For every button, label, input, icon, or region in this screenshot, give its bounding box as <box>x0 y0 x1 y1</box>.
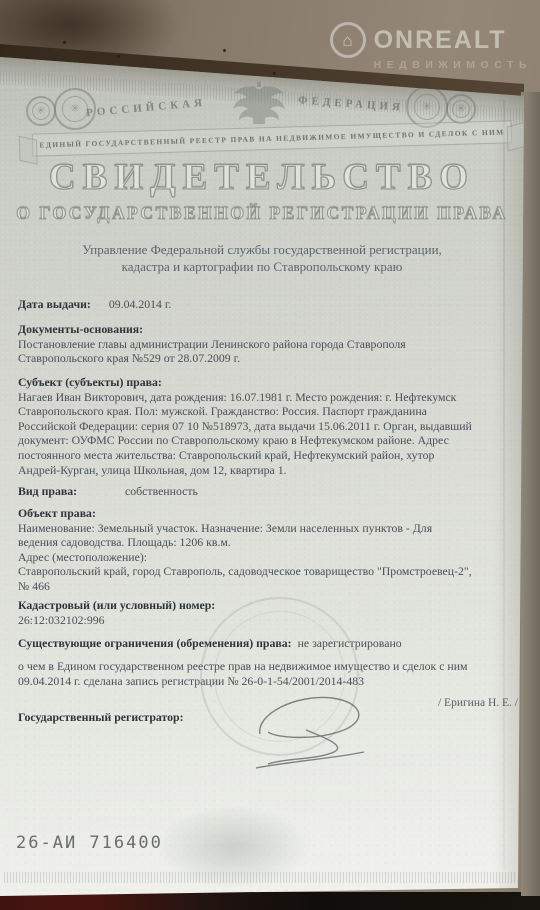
subject-block: Субъект (субъекты) права: Нагаев Иван Ви… <box>18 375 472 477</box>
authority-line: кадастра и картографии по Ставропольском… <box>0 258 524 275</box>
photo-of-certificate: ✳ ✳ ✳ ✳ РОССИЙСКАЯ ФЕДЕРАЦИЯ ЕДИНЫЙ ГОСУ… <box>0 0 540 910</box>
right-type-row: Вид права:собственность <box>18 484 198 499</box>
issue-date-value: 09.04.2014 г. <box>109 297 172 311</box>
basis-text-line: Ставропольского края №529 от 28.07.2009 … <box>18 351 406 366</box>
paper-watermark <box>158 806 308 888</box>
rosette-icon: ✳ <box>26 96 56 126</box>
basis-text-line: Постановление главы администрации Ленинс… <box>18 337 406 352</box>
speck <box>63 41 66 44</box>
onrealt-tagline: НЕДВИЖИМОСТЬ <box>374 59 532 71</box>
registry-ribbon-text: ЕДИНЫЙ ГОСУДАРСТВЕННЫЙ РЕЕСТР ПРАВ НА НЕ… <box>39 128 504 150</box>
registrar-name: / Еригина Н. Е. / <box>438 697 518 709</box>
page-stack-edge <box>521 92 540 896</box>
subject-text-line: документ: ОУФМС России по Ставропольском… <box>18 433 472 448</box>
certificate-title: СВИДЕТЕЛЬСТВО <box>0 156 524 199</box>
cadastral-block: Кадастровый (или условный) номер: 26:12:… <box>18 598 215 627</box>
speck <box>223 49 226 52</box>
house-icon: ⌂ <box>330 22 366 58</box>
cadastral-value: 26:12:032102:996 <box>18 613 215 628</box>
speck <box>117 55 120 58</box>
issue-date-label: Дата выдачи: <box>18 297 91 311</box>
right-type-label: Вид права: <box>18 484 77 498</box>
subject-text-line: постоянного места жительства: Ставрополь… <box>18 448 472 463</box>
subject-text-line: Нагаев Иван Викторович, дата рождения: 1… <box>18 390 472 405</box>
subject-text-line: Ставропольского края. Пол: мужской. Граж… <box>18 404 472 419</box>
registrar-signature <box>246 686 376 778</box>
rosette-icon: ✳ <box>446 94 476 124</box>
object-text-line: ведения садоводства. Площадь: 1206 кв.м. <box>18 535 472 550</box>
basis-block: Документы-основания: Постановление главы… <box>18 322 406 366</box>
certificate-subtitle: О ГОСУДАРСТВЕННОЙ РЕГИСТРАЦИИ ПРАВА <box>0 203 524 224</box>
subject-text-line: Андрей-Курган, улица Школьная, дом 12, к… <box>18 463 472 478</box>
object-label: Объект права: <box>18 506 472 521</box>
object-text-line: Ставропольский край, город Ставрополь, с… <box>18 564 472 579</box>
object-text-line: Наименование: Земельный участок. Назначе… <box>18 521 472 536</box>
subject-label: Субъект (субъекты) права: <box>18 375 472 390</box>
onrealt-brand: ONREALT <box>374 26 507 55</box>
object-text-line: № 466 <box>18 579 472 594</box>
onrealt-watermark: ⌂ ONREALT НЕДВИЖИМОСТЬ <box>330 22 532 71</box>
authority-line: Управление Федеральной службы государств… <box>0 241 524 258</box>
certificate-page: ✳ ✳ ✳ ✳ РОССИЙСКАЯ ФЕДЕРАЦИЯ ЕДИНЫЙ ГОСУ… <box>0 0 540 910</box>
right-type-value: собственность <box>125 484 198 498</box>
object-block: Объект права: Наименование: Земельный уч… <box>18 506 472 594</box>
basis-label: Документы-основания: <box>18 322 406 337</box>
country-name-left: РОССИЙСКАЯ <box>86 97 207 119</box>
issuing-authority: Управление Федеральной службы государств… <box>0 241 524 275</box>
object-text-line: Адрес (местоположение): <box>18 550 472 565</box>
subject-text-line: Российской Федерации: серия 07 10 №51897… <box>18 419 472 434</box>
form-serial-number: 26-АИ 716400 <box>16 833 163 853</box>
cadastral-label: Кадастровый (или условный) номер: <box>18 598 215 613</box>
registrar-label: Государственный регистратор: <box>18 710 184 725</box>
speck <box>273 72 276 75</box>
coat-of-arms-icon <box>230 82 288 128</box>
issue-date-row: Дата выдачи:09.04.2014 г. <box>18 297 171 312</box>
